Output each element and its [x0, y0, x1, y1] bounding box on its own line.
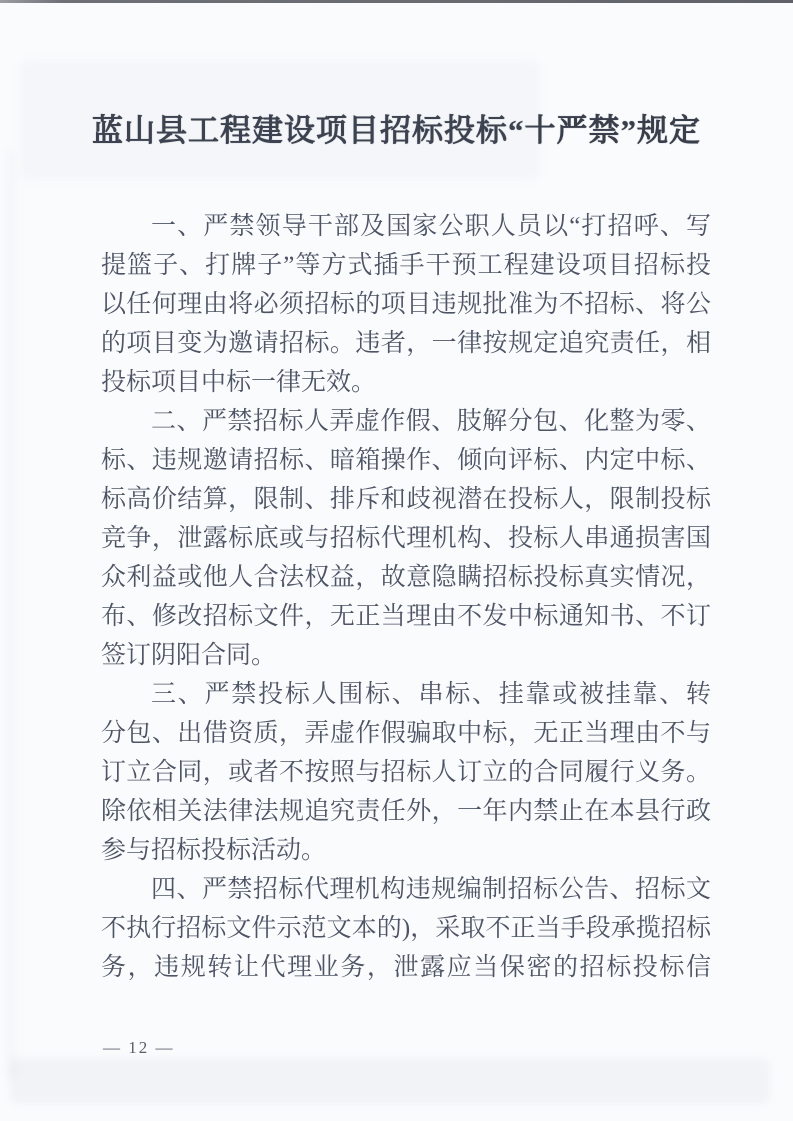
text-line: 一、严禁领导干部及国家公职人员以“打招呼、写条子、 — [101, 207, 711, 246]
scan-edge-artifact — [0, 0, 793, 3]
paragraph-1: 一、严禁领导干部及国家公职人员以“打招呼、写条子、 提篮子、打牌子”等方式插手干… — [101, 207, 711, 402]
scanned-document-page: 蓝山县工程建设项目招标投标“十严禁”规定 一、严禁领导干部及国家公职人员以“打招… — [0, 0, 793, 1121]
text-line: 以任何理由将必须招标的项目违规批准为不招标、将公开招标 — [101, 285, 711, 324]
text-line: 提篮子、打牌子”等方式插手干预工程建设项目招标投标活动， — [101, 246, 711, 285]
paragraph-3: 三、严禁投标人围标、串标、挂靠或被挂靠、转包、违法 分包、出借资质，弄虚作假骗取… — [101, 675, 711, 870]
text-line: 参与招标投标活动。 — [101, 831, 711, 870]
document-body: 一、严禁领导干部及国家公职人员以“打招呼、写条子、 提篮子、打牌子”等方式插手干… — [101, 207, 711, 987]
text-line: 订立合同，或者不按照与招标人订立的合同履行义务。违者， — [101, 753, 711, 792]
text-line: 竞争，泄露标底或与招标代理机构、投标人串通损害国家和公 — [101, 519, 711, 558]
text-line: 三、严禁投标人围标、串标、挂靠或被挂靠、转包、违法 — [101, 675, 711, 714]
text-line: 标高价结算，限制、排斥和歧视潜在投标人，限制投标人之间 — [101, 480, 711, 519]
text-line: 的项目变为邀请招标。违者，一律按规定追究责任，相关招标 — [101, 324, 711, 363]
text-line: 四、严禁招标代理机构违规编制招标公告、招标文件(包括 — [101, 870, 711, 909]
text-line: 不执行招标文件示范文本的)，采取不正当手段承揽招标代理业 — [101, 909, 711, 948]
text-line: 布、修改招标文件，无正当理由不发中标通知书、不订立合同， — [101, 597, 711, 636]
text-line: 务，违规转让代理业务，泄露应当保密的招标投标信息，与招 — [101, 948, 711, 987]
bleed-through-artifact — [10, 1058, 770, 1104]
text-line: 分包、出借资质，弄虚作假骗取中标，无正当理由不与招标人 — [101, 714, 711, 753]
text-line: 标、违规邀请招标、暗箱操作、倾向评标、内定中标、低价中 — [101, 441, 711, 480]
text-line: 签订阴阳合同。 — [101, 636, 711, 675]
text-line: 除依相关法律法规追究责任外，一年内禁止在本县行政区域内 — [101, 792, 711, 831]
paragraph-4: 四、严禁招标代理机构违规编制招标公告、招标文件(包括 不执行招标文件示范文本的)… — [101, 870, 711, 987]
document-title: 蓝山县工程建设项目招标投标“十严禁”规定 — [0, 0, 793, 150]
text-line: 投标项目中标一律无效。 — [101, 363, 711, 402]
paragraph-2: 二、严禁招标人弄虚作假、肢解分包、化整为零、规避招 标、违规邀请招标、暗箱操作、… — [101, 402, 711, 675]
bleed-through-artifact — [6, 150, 16, 1080]
text-line: 众利益或他人合法权益，故意隐瞒招标投标真实情况，违规发 — [101, 558, 711, 597]
text-line: 二、严禁招标人弄虚作假、肢解分包、化整为零、规避招 — [101, 402, 711, 441]
page-number: — 12 — — [103, 1038, 175, 1058]
